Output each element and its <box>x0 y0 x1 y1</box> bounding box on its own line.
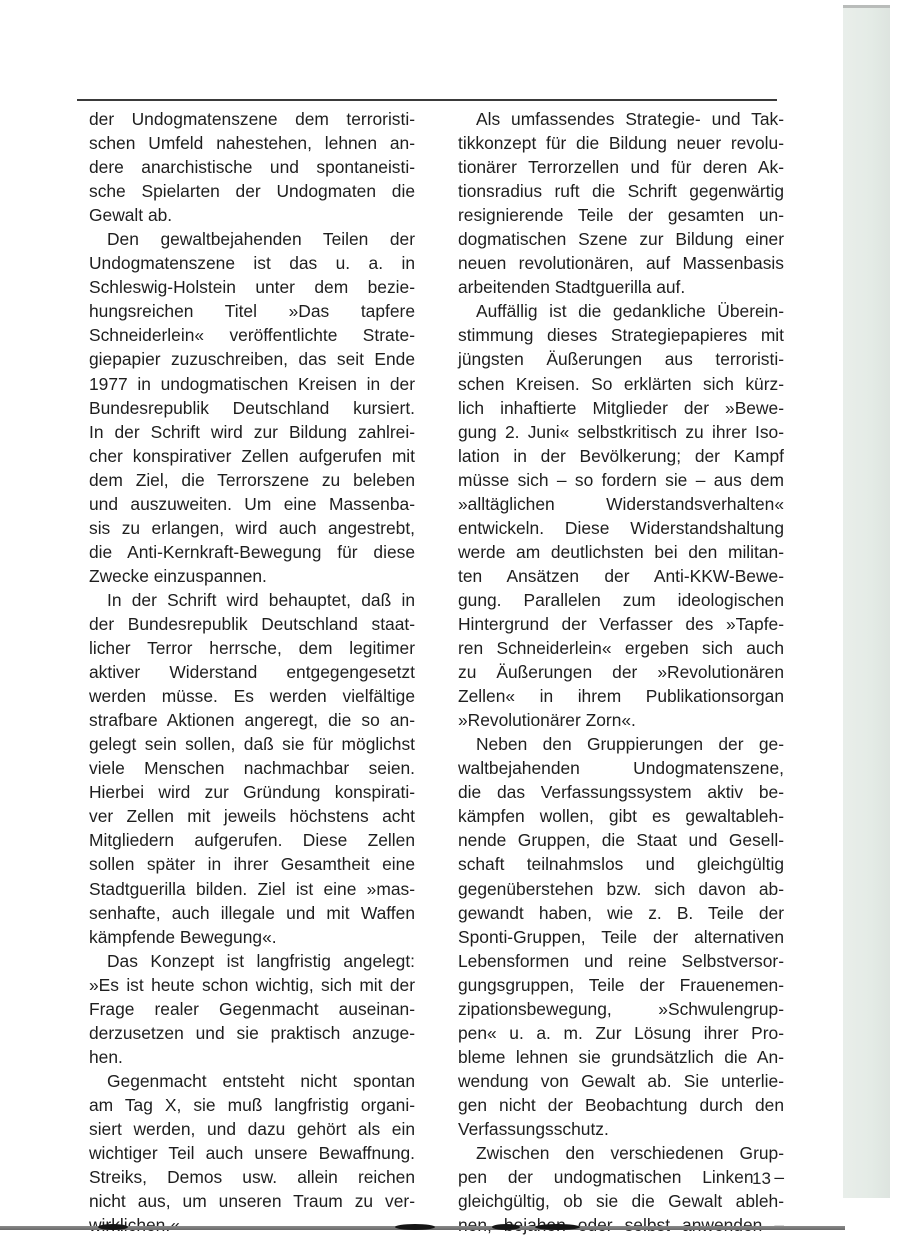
text-line: der Bundesrepublik Deutschland staat- <box>89 612 415 636</box>
text-line: am Tag X, sie muß langfristig organi- <box>89 1093 415 1117</box>
text-line: tikkonzept für die Bildung neuer revolu- <box>458 131 784 155</box>
text-line: waltbejahenden Undogmatenszene, <box>458 756 784 780</box>
text-line: strafbare Aktionen angeregt, die so an- <box>89 708 415 732</box>
text-line: schen Kreisen. So erklärten sich kürz- <box>458 372 784 396</box>
text-line: giepapier zuzuschreiben, das seit Ende <box>89 347 415 371</box>
text-line: müsse sich – so fordern sie – aus dem <box>458 468 784 492</box>
text-line: Verfassungsschutz. <box>458 1117 784 1141</box>
text-line: pen« u. a. m. Zur Lösung ihrer Pro- <box>458 1021 784 1045</box>
text-line: bleme lehnen sie grundsätzlich die An- <box>458 1045 784 1069</box>
text-line: Neben den Gruppierungen der ge- <box>458 732 784 756</box>
text-line: Auffällig ist die gedankliche Überein- <box>458 299 784 323</box>
text-line: »Revolutionärer Zorn«. <box>458 708 784 732</box>
text-line: Lebensformen und reine Selbstversor- <box>458 949 784 973</box>
text-line: gungsgruppen, Teile der Frauenemen- <box>458 973 784 997</box>
text-line: Undogmatenszene ist das u. a. in <box>89 251 415 275</box>
text-line: kämpfende Bewegung«. <box>89 925 415 949</box>
text-line: derzusetzen und sie praktisch anzuge- <box>89 1021 415 1045</box>
text-line: ren Schneiderlein« ergeben sich auch <box>458 636 784 660</box>
text-line: pen der undogmatischen Linken – <box>458 1165 784 1189</box>
text-line: Hintergrund der Verfasser des »Tapfe- <box>458 612 784 636</box>
text-line: Gegenmacht entsteht nicht spontan <box>89 1069 415 1093</box>
text-line: gung 2. Juni« selbstkritisch zu ihrer Is… <box>458 420 784 444</box>
text-line: In der Schrift wird zur Bildung zahlrei- <box>89 420 415 444</box>
text-line: gewandt haben, wie z. B. Teile der <box>458 901 784 925</box>
text-line: arbeitenden Stadtguerilla auf. <box>458 275 784 299</box>
text-line: schaft teilnahmslos und gleichgültig <box>458 852 784 876</box>
scan-artifact <box>492 1224 520 1230</box>
top-rule-divider <box>77 99 777 101</box>
text-line: Sponti-Gruppen, Teile der alternativen <box>458 925 784 949</box>
left-text-column: der Undogmatenszene dem terroristi-schen… <box>89 107 415 1237</box>
text-line: hen. <box>89 1045 415 1069</box>
adjacent-page-edge <box>843 5 890 1198</box>
text-line: gen nicht der Beobachtung durch den <box>458 1093 784 1117</box>
text-line: aktiver Widerstand entgegengesetzt <box>89 660 415 684</box>
text-line: gegenüberstehen bzw. sich davon ab- <box>458 877 784 901</box>
text-line: Zellen« in ihrem Publikationsorgan <box>458 684 784 708</box>
text-line: gleichgültig, ob sie die Gewalt ableh- <box>458 1189 784 1213</box>
text-line: die das Verfassungssystem aktiv be- <box>458 780 784 804</box>
text-line: neuen revolutionären, auf Massenbasis <box>458 251 784 275</box>
text-line: »Es ist heute schon wichtig, sich mit de… <box>89 973 415 997</box>
scan-artifact <box>395 1224 435 1230</box>
text-line: kämpfen wollen, gibt es gewaltableh- <box>458 804 784 828</box>
text-line: Bundesrepublik Deutschland kursiert. <box>89 396 415 420</box>
text-line: Zwischen den verschiedenen Grup- <box>458 1141 784 1165</box>
text-line: nicht aus, um unseren Traum zu ver- <box>89 1189 415 1213</box>
text-line: resignierende Teile der gesamten un- <box>458 203 784 227</box>
scan-artifact <box>98 1224 128 1230</box>
text-line: schen Umfeld nahestehen, lehnen an- <box>89 131 415 155</box>
text-line: dere anarchistische und spontaneisti- <box>89 155 415 179</box>
text-line: tionärer Terrorzellen und für deren Ak- <box>458 155 784 179</box>
text-line: Schneiderlein« veröffentlichte Strate- <box>89 323 415 347</box>
text-line: Als umfassendes Strategie- und Tak- <box>458 107 784 131</box>
text-line: dem Ziel, die Terrorszene zu beleben <box>89 468 415 492</box>
text-line: hungsreichen Titel »Das tapfere <box>89 299 415 323</box>
text-line: senhafte, auch illegale und mit Waffen <box>89 901 415 925</box>
text-line: und auszuweiten. Um eine Massenba- <box>89 492 415 516</box>
text-line: werde am deutlichsten bei den militan- <box>458 540 784 564</box>
text-line: ver Zellen mit jeweils höchstens acht <box>89 804 415 828</box>
text-line: Hierbei wird zur Gründung konspirati- <box>89 780 415 804</box>
text-line: sis zu erlangen, wird auch angestrebt, <box>89 516 415 540</box>
text-line: viele Menschen nachmachbar seien. <box>89 756 415 780</box>
text-line: In der Schrift wird behauptet, daß in <box>89 588 415 612</box>
text-line: die Anti-Kernkraft-Bewegung für diese <box>89 540 415 564</box>
text-line: lich inhaftierte Mitglieder der »Bewe- <box>458 396 784 420</box>
text-line: lation in der Bevölkerung; der Kampf <box>458 444 784 468</box>
scan-artifact <box>535 1224 580 1230</box>
text-line: Frage realer Gegenmacht auseinan- <box>89 997 415 1021</box>
text-line: stimmung dieses Strategiepapieres mit <box>458 323 784 347</box>
text-line: ten Ansätzen der Anti-KKW-Bewe- <box>458 564 784 588</box>
text-line: Den gewaltbejahenden Teilen der <box>89 227 415 251</box>
text-line: Das Konzept ist langfristig angelegt: <box>89 949 415 973</box>
text-line: 1977 in undogmatischen Kreisen in der <box>89 372 415 396</box>
text-line: Zwecke einzuspannen. <box>89 564 415 588</box>
text-line: licher Terror herrsche, dem legitimer <box>89 636 415 660</box>
text-line: dogmatischen Szene zur Bildung einer <box>458 227 784 251</box>
text-line: cher konspirativer Zellen aufgerufen mit <box>89 444 415 468</box>
text-line: Gewalt ab. <box>89 203 415 227</box>
text-line: wendung von Gewalt ab. Sie unterlie- <box>458 1069 784 1093</box>
right-text-column: Als umfassendes Strategie- und Tak-tikko… <box>458 107 784 1237</box>
text-line: siert werden, und dazu gehört als ein <box>89 1117 415 1141</box>
text-line: Stadtguerilla bilden. Ziel ist eine »mas… <box>89 877 415 901</box>
text-line: jüngsten Äußerungen aus terroristi- <box>458 347 784 371</box>
text-line: nende Gruppen, die Staat und Gesell- <box>458 828 784 852</box>
text-line: sche Spielarten der Undogmaten die <box>89 179 415 203</box>
text-line: Mitgliedern aufgerufen. Diese Zellen <box>89 828 415 852</box>
page-number: 13 <box>752 1169 771 1189</box>
text-line: Schleswig-Holstein unter dem bezie- <box>89 275 415 299</box>
bottom-rule-divider <box>0 1226 845 1230</box>
text-line: sollen später in ihrer Gesamtheit eine <box>89 852 415 876</box>
text-line: tionsradius ruft die Schrift gegenwärtig <box>458 179 784 203</box>
text-line: »alltäglichen Widerstandsverhalten« <box>458 492 784 516</box>
text-line: der Undogmatenszene dem terroristi- <box>89 107 415 131</box>
text-line: Streiks, Demos usw. allein reichen <box>89 1165 415 1189</box>
text-line: zipationsbewegung, »Schwulengrup- <box>458 997 784 1021</box>
text-line: wichtiger Teil auch unsere Bewaffnung. <box>89 1141 415 1165</box>
text-line: gung. Parallelen zum ideologischen <box>458 588 784 612</box>
text-line: entwickeln. Diese Widerstandshaltung <box>458 516 784 540</box>
text-line: zu Äußerungen der »Revolutionären <box>458 660 784 684</box>
text-line: gelegt sein sollen, daß sie für möglichs… <box>89 732 415 756</box>
text-line: werden müsse. Es werden vielfältige <box>89 684 415 708</box>
